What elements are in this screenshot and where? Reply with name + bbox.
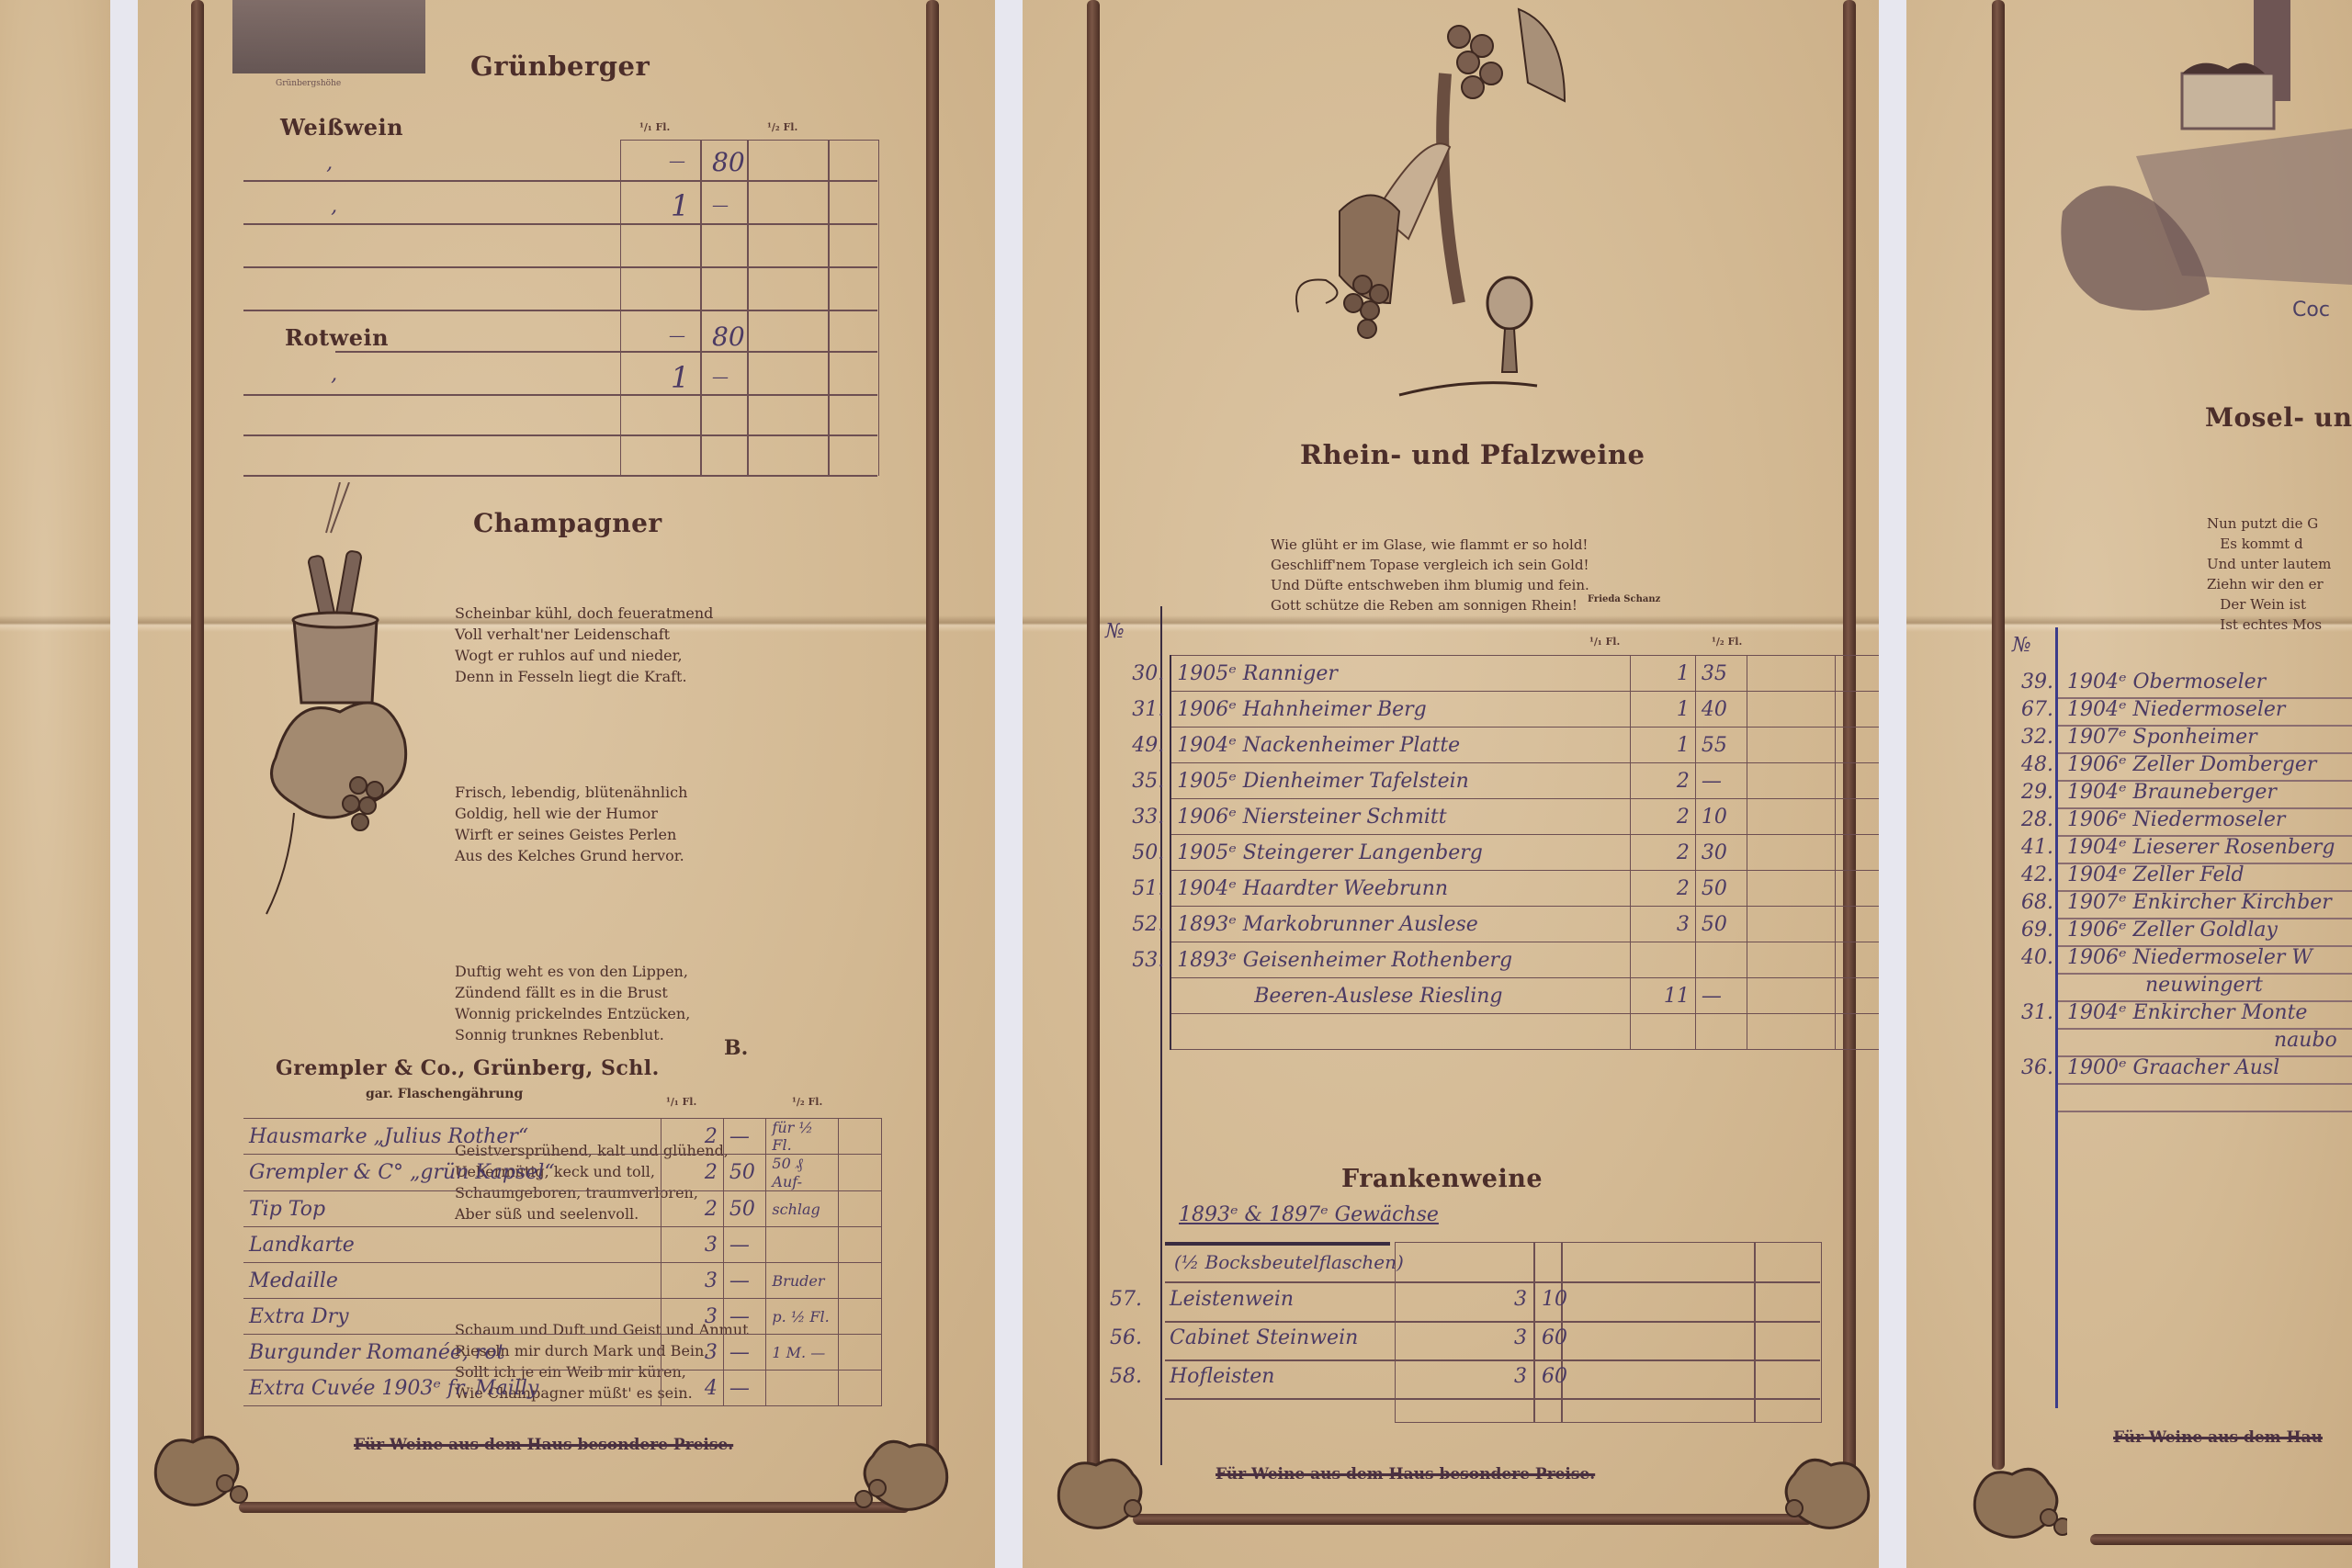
rhein-poem: Wie glüht er im Glase, wie flammt er so … [1271,494,1589,656]
table-row: Tip Top250schlag [243,1191,882,1227]
table-row: 35.1905ᵉ Dienheimer Tafelstein2— [1114,763,1882,799]
poem-author: Frieda Schanz [1588,594,1660,604]
table-row: 48.1906ᵉ Zeller Domberger [1998,753,2352,781]
sheet-gap [1879,0,1906,1568]
price-mark: ‚ [331,195,337,218]
table-row [1998,1084,2352,1111]
table-row: 69.1906ᵉ Zeller Goldlay [1998,919,2352,946]
table-row: 33.1906ᵉ Niersteiner Schmitt210 [1114,799,1882,835]
footer-note: Für Weine aus dem Hau [2113,1428,2323,1447]
illustration-caption: Grünbergshöhe [276,79,341,88]
sheet-sliver-left [0,0,110,1568]
franken-row: 58. Hofleisten 3 60 [1110,1365,1826,1398]
table-row: 31.1904ᵉ Enkircher Monte [1998,1001,2352,1029]
table-row: 39.1904ᵉ Obermoseler [1998,671,2352,698]
franken-row: 56. Cabinet Steinwein 3 60 [1110,1326,1826,1359]
table-row: Beeren-Auslese Riesling11— [1114,978,1882,1014]
table-row: Extra Cuvée 1903ᵉ fr. Mailly4— [243,1371,882,1406]
table-row: Hausmarke „Julius Rother“2—für ½ Fl. [243,1119,882,1155]
table-row: 53.1893ᵉ Geisenheimer Rothenberg [1114,942,1882,978]
champagne-price-table: Hausmarke „Julius Rother“2—für ½ Fl. Gre… [243,1118,882,1406]
table-row: 36.1900ᵉ Graacher Ausl [1998,1056,2352,1084]
table-row: 42.1904ᵉ Zeller Feld [1998,863,2352,891]
table-row: 68.1907ᵉ Enkircher Kirchber [1998,891,2352,919]
sheet-gap [995,0,1023,1568]
table-row: 52.1893ᵉ Markobrunner Auslese350 [1114,907,1882,942]
franken-note: (½ Bocksbeutelflaschen) [1174,1251,1404,1273]
price-grid-weisswein-rotwein [620,140,879,476]
vine-border-bottom [1133,1514,1813,1525]
illustration-caption: Coc [2292,299,2330,321]
price-pfennig: — [712,196,729,215]
grape-leaf-icon [1050,1451,1151,1534]
table-row: Extra Dry3—p. ½ Fl. [243,1299,882,1335]
producer-name: Grempler & Co., Grünberg, Schl. [276,1056,660,1080]
page-heading: Rhein- und Pfalzweine [1300,439,1645,470]
producer-subtitle: gar. Flaschengährung [366,1087,523,1101]
grape-leaf-icon [1776,1451,1877,1534]
price-mark: — [669,152,685,171]
champagne-bucket-illustration [239,482,423,923]
table-row: 29.1904ᵉ Brauneberger [1998,781,2352,808]
table-row: 30.1905ᵉ Ranniger135 [1114,656,1882,692]
table-row: naubo [1998,1029,2352,1056]
cherub-grapes-illustration [1261,0,1647,413]
page-heading: Grünberger [470,51,650,82]
rhein-wine-list: 30.1905ᵉ Ranniger135 31.1906ᵉ Hahnheimer… [1114,655,1882,1050]
footer-note: Für Weine aus dem Haus besondere Preise. [354,1436,733,1454]
mosel-poem: Nun putzt die G Es kommt dUnd unter laut… [2207,473,2331,675]
table-row: 41.1904ᵉ Lieserer Rosenberg [1998,836,2352,863]
column-header-full-bottle: ¹/₁ Fl. [1589,636,1620,648]
gruenbergshoehe-illustration [232,0,425,73]
column-header-full-bottle: ¹/₁ Fl. [639,121,670,133]
table-row: 50.1905ᵉ Steingerer Langenberg230 [1114,835,1882,871]
table-row [1114,1014,1882,1050]
menu-page-gruenberger: Grünbergshöhe Grünberger ¹/₁ Fl. ¹/₂ Fl.… [138,0,995,1568]
table-row: Landkarte3— [243,1227,882,1263]
table-row: 51.1904ᵉ Haardter Weebrunn250 [1114,871,1882,907]
grape-leaf-icon [854,1433,955,1516]
page-heading: Mosel- un [2205,402,2352,433]
table-row: 40.1906ᵉ Niedermoseler W [1998,946,2352,974]
table-row: 49.1904ᵉ Nackenheimer Platte155 [1114,728,1882,763]
grape-leaf-icon [1966,1461,2067,1543]
franken-subheading: 1893ᵉ & 1897ᵉ Gewächse [1179,1203,1439,1226]
table-row: Medaille3—Bruder [243,1263,882,1299]
section-label-rotwein: Rotwein [285,324,389,351]
franken-heading: Frankenweine [1341,1165,1543,1193]
menu-page-rhein-pfalzweine: Rhein- und Pfalzweine Wie glüht er im Gl… [1023,0,1879,1568]
price-pfennig: 80 [712,147,745,177]
mosel-wine-list: 39.1904ᵉ Obermoseler 67.1904ᵉ Niedermose… [1998,671,2352,1111]
table-row: Grempler & C° „grün Kapsel“25050 ₰ Auf- [243,1155,882,1191]
champagne-heading: Champagner [473,508,662,538]
column-header-half-bottle: ¹/₂ Fl. [1712,636,1742,648]
price-pfennig: — [712,367,729,387]
cochem-castle-illustration [2044,0,2352,331]
vine-border-right [926,0,939,1470]
table-row: Burgunder Romanée, rot3—1 M. — [243,1335,882,1371]
table-row: 31.1906ᵉ Hahnheimer Berg140 [1114,692,1882,728]
column-header-full-bottle: ¹/₁ Fl. [666,1096,696,1108]
column-header-half-bottle: ¹/₂ Fl. [767,121,797,133]
footer-note: Für Weine aus dem Haus besondere Preise. [1216,1465,1595,1483]
menu-page-moselweine: Coc Mosel- un Nun putzt die G Es kommt d… [1906,0,2352,1568]
poem-signature: B. [724,1036,748,1060]
franken-row: 57. Leistenwein 3 10 [1110,1288,1826,1321]
table-row: 28.1906ᵉ Niedermoseler [1998,808,2352,836]
price-mark: ‚ [331,363,337,386]
price-mark: ‚ [326,152,333,175]
vine-border-left [191,0,204,1470]
table-row: 67.1904ᵉ Niedermoseler [1998,698,2352,726]
sheet-gap [110,0,138,1568]
price-pfennig: 80 [712,321,745,352]
franken-underline [1165,1242,1390,1246]
vine-border-left [1087,0,1100,1488]
number-column-label: № [2012,634,2031,657]
vine-border-bottom [2090,1534,2352,1545]
vine-border-bottom [239,1502,910,1513]
table-row: neuwingert [1998,974,2352,1001]
price-mark: 1 [671,360,689,395]
number-column-label: № [1105,620,1125,643]
grape-leaf-icon [147,1428,248,1511]
price-mark: — [669,326,685,345]
column-header-half-bottle: ¹/₂ Fl. [792,1096,822,1108]
table-row: 32.1907ᵉ Sponheimer [1998,726,2352,753]
section-label-weisswein: Weißwein [280,114,403,141]
price-mark: 1 [671,188,689,223]
